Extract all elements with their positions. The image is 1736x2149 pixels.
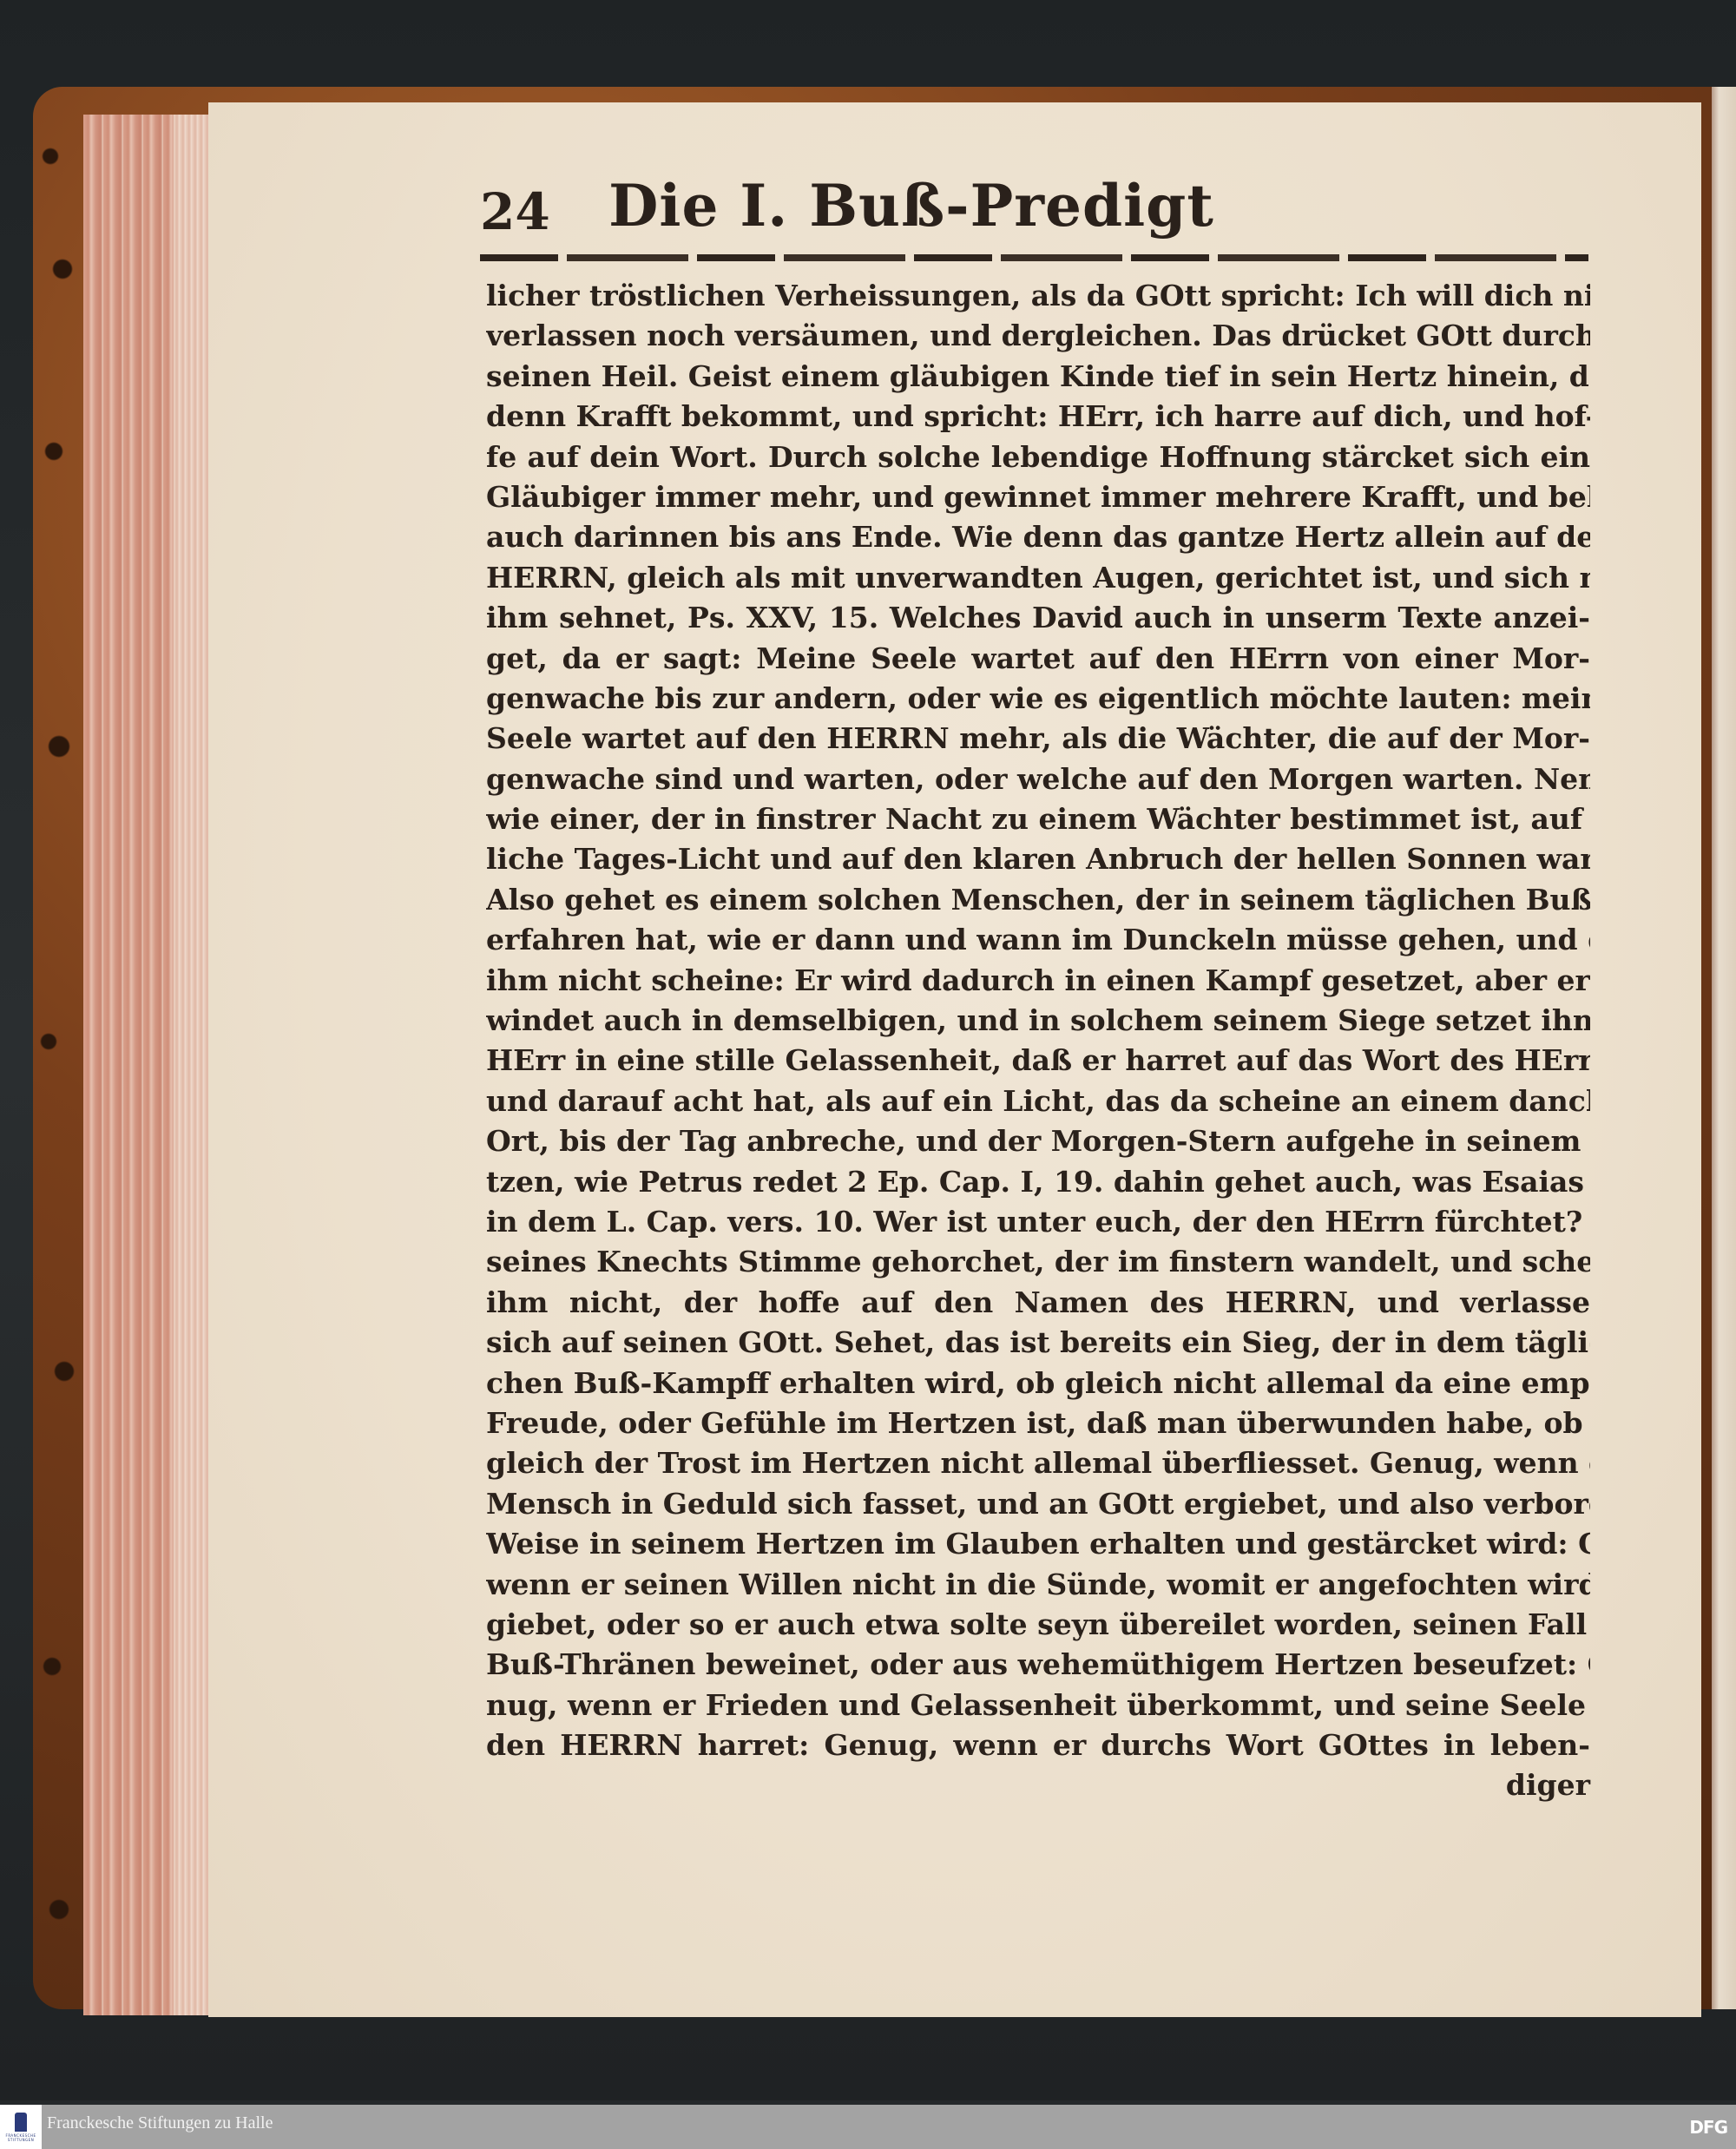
text-line: und darauf acht hat, als auf ein Licht, … <box>486 1081 1590 1121</box>
text-line: erfahren hat, wie er dann und wann im Du… <box>486 920 1590 960</box>
text-line: Freude, oder Gefühle im Hertzen ist, daß… <box>486 1403 1590 1443</box>
institution-name[interactable]: Franckesche Stiftungen zu Halle <box>47 2113 273 2133</box>
text-line: get, da er sagt: Meine Seele wartet auf … <box>486 639 1590 679</box>
text-line: ihm nicht, der hoffe auf den Namen des H… <box>486 1283 1590 1323</box>
text-line: giebet, oder so er auch etwa solte seyn … <box>486 1605 1590 1645</box>
running-head: Die I. Buß-Predigt <box>521 172 1302 240</box>
text-line: Ort, bis der Tag anbreche, und der Morge… <box>486 1121 1590 1161</box>
text-line: seinen Heil. Geist einem gläubigen Kinde… <box>486 357 1590 397</box>
logo-text-line2: STIFTUNGEN <box>6 2138 36 2142</box>
cover-texture <box>33 87 85 2009</box>
body-text: licher tröstlichen Verheissungen, als da… <box>486 276 1590 1806</box>
text-line: windet auch in demselbigen, und in solch… <box>486 1001 1590 1041</box>
header-rule <box>480 254 1588 261</box>
text-line: nug, wenn er Frieden und Gelassenheit üb… <box>486 1686 1590 1725</box>
text-line: gleich der Trost im Hertzen nicht allema… <box>486 1443 1590 1483</box>
text-line: HERRN, gleich als mit unverwandten Augen… <box>486 558 1590 598</box>
text-line: ihm nicht scheine: Er wird dadurch in ei… <box>486 961 1590 1001</box>
text-line: Also gehet es einem solchen Menschen, de… <box>486 880 1590 920</box>
dfg-logo[interactable]: DFG <box>1689 2117 1727 2138</box>
text-line: seines Knechts Stimme gehorchet, der im … <box>486 1242 1590 1282</box>
text-line: verlassen noch versäumen, und dergleiche… <box>486 316 1590 356</box>
text-line: ihm sehnet, Ps. XXV, 15. Welches David a… <box>486 598 1590 638</box>
text-line: den HERRN harret: Genug, wenn er durchs … <box>486 1725 1590 1765</box>
text-line: HErr in eine stille Gelassenheit, daß er… <box>486 1041 1590 1081</box>
page-block-edge-light <box>174 115 212 2015</box>
footer-bar: FRANCKESCHE STIFTUNGEN Franckesche Stift… <box>0 2105 1736 2149</box>
text-line: chen Buß-Kampff erhalten wird, ob gleich… <box>486 1364 1590 1403</box>
text-line: wie einer, der in finstrer Nacht zu eine… <box>486 799 1590 839</box>
text-line: liche Tages-Licht und auf den klaren Anb… <box>486 839 1590 879</box>
institution-logo[interactable]: FRANCKESCHE STIFTUNGEN <box>0 2105 42 2149</box>
text-line: Mensch in Geduld sich fasset, und an GOt… <box>486 1484 1590 1524</box>
text-line: Buß-Thränen beweinet, oder aus wehemüthi… <box>486 1645 1590 1685</box>
text-line: licher tröstlichen Verheissungen, als da… <box>486 276 1590 316</box>
text-line: in dem L. Cap. vers. 10. Wer ist unter e… <box>486 1202 1590 1242</box>
facing-page-edge <box>1712 87 1736 2009</box>
text-line: auch darinnen bis ans Ende. Wie denn das… <box>486 517 1590 557</box>
text-line: tzen, wie Petrus redet 2 Ep. Cap. I, 19.… <box>486 1162 1590 1202</box>
text-line: genwache sind und warten, oder welche au… <box>486 759 1590 799</box>
text-line: Weise in seinem Hertzen im Glauben erhal… <box>486 1524 1590 1564</box>
text-line: genwache bis zur andern, oder wie es eig… <box>486 679 1590 719</box>
text-line: Seele wartet auf den HERRN mehr, als die… <box>486 719 1590 759</box>
catchword: diger <box>486 1765 1590 1805</box>
text-line: Gläubiger immer mehr, und gewinnet immer… <box>486 477 1590 517</box>
logo-figure-icon <box>15 2113 27 2132</box>
logo-text-line1: FRANCKESCHE <box>6 2133 36 2138</box>
text-line: denn Krafft bekommt, und spricht: HErr, … <box>486 397 1590 437</box>
text-line: fe auf dein Wort. Durch solche lebendige… <box>486 437 1590 477</box>
logo-text: FRANCKESCHE STIFTUNGEN <box>6 2133 36 2142</box>
text-line: sich auf seinen GOtt. Sehet, das ist ber… <box>486 1323 1590 1363</box>
text-line: wenn er seinen Willen nicht in die Sünde… <box>486 1565 1590 1605</box>
